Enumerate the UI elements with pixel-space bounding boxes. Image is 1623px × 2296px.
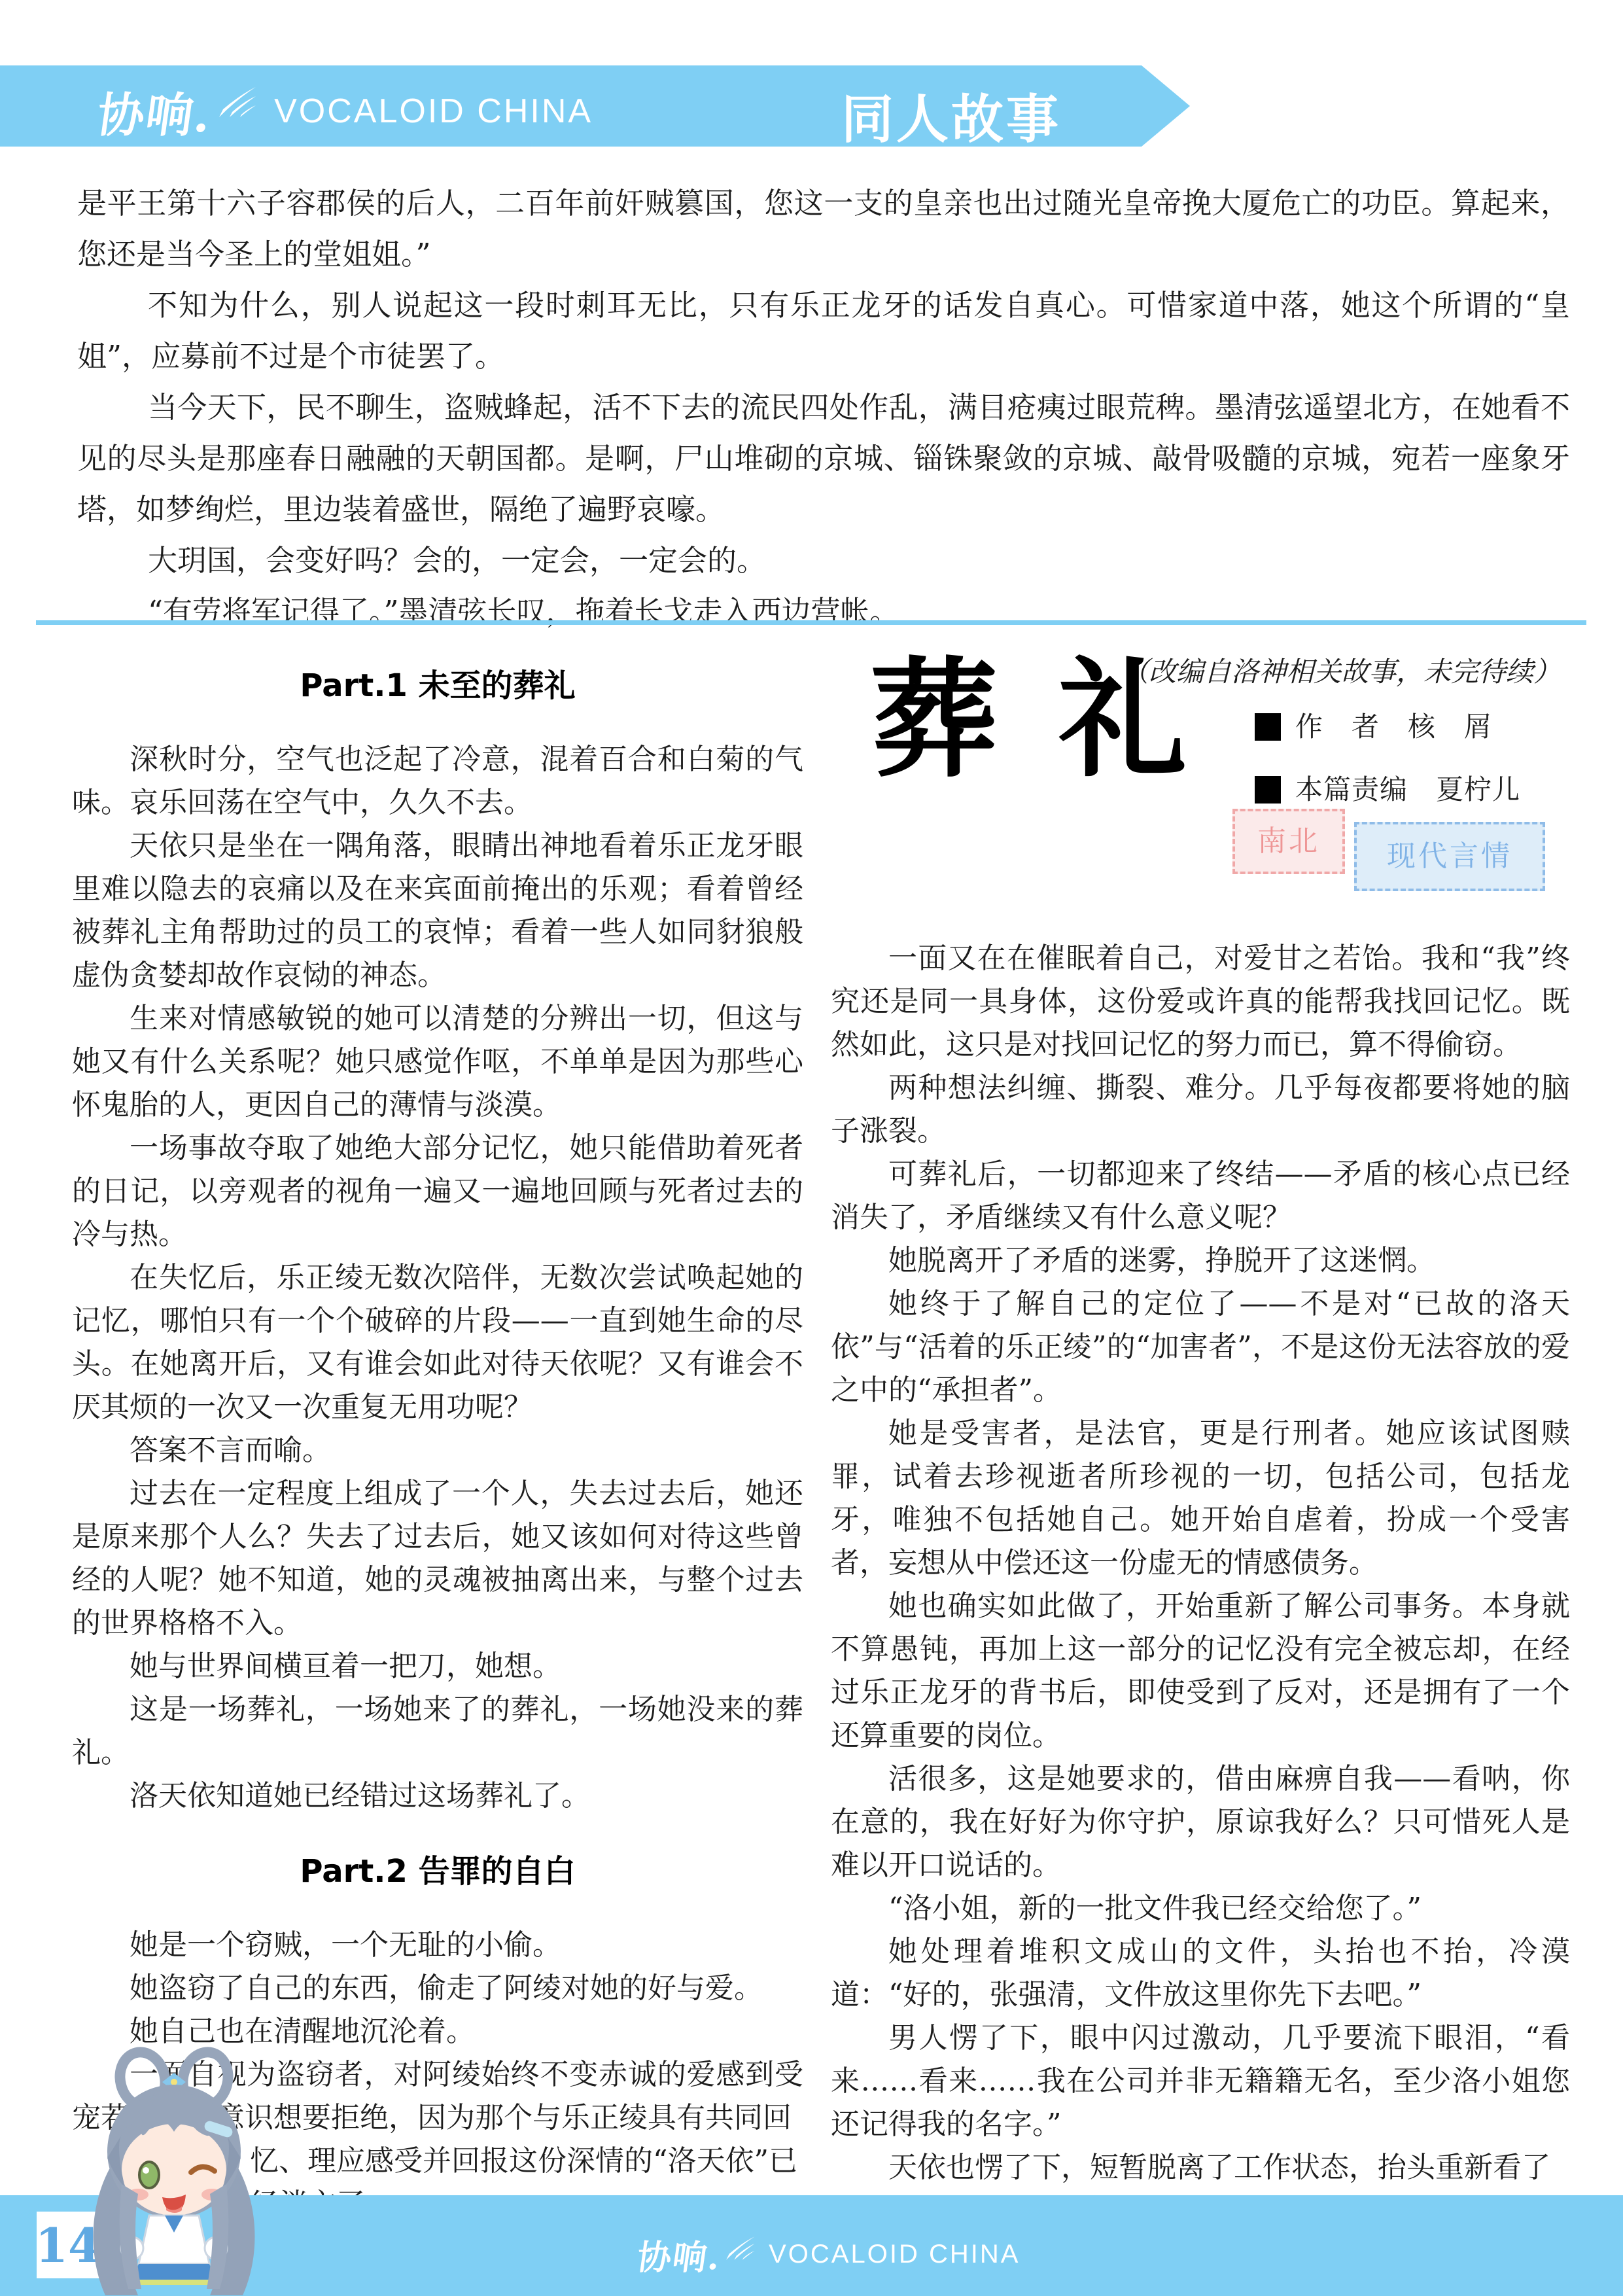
wing-icon — [217, 86, 257, 121]
brand-logo: 协响. VOCALOID CHINA — [98, 77, 593, 145]
story-paragraph: 不知为什么，别人说起这一段时刺耳无比，只有乐正龙牙的话发自真心。可惜家道中落，她… — [77, 280, 1570, 382]
brand-logo-cn: 协响. — [635, 2230, 725, 2279]
story-paragraph: 活很多，这是她要求的，借由麻痹自我——看呐，你在意的，我在好好为你守护，原谅我好… — [831, 1757, 1570, 1887]
tag-modern-romance: 现代言情 — [1354, 822, 1545, 891]
author-row: 作 者 核 屑 — [1255, 705, 1520, 749]
section-divider — [36, 620, 1586, 625]
story-paragraph: 她处理着堆积文成山的文件，头抬也不抬，冷漠道：“好的，张强清，文件放这里你先下去… — [831, 1930, 1570, 2017]
story-paragraph: 在失忆后，乐正绫无数次陪伴，无数次尝试唤起她的记忆，哪怕只有一个个破碎的片段——… — [72, 1256, 803, 1429]
footer-brand-logo: 协响. VOCALOID CHINA — [638, 2230, 1020, 2279]
story-paragraph: 当今天下，民不聊生，盗贼蜂起，活不下去的流民四处作乱，满目疮痍过眼荒稗。墨清弦遥… — [77, 382, 1570, 535]
story-title-block: 葬礼 作 者 核 屑 本篇责编 夏柠儿 南北 现代言情 — [831, 674, 1570, 937]
brand-logo-en: VOCALOID CHINA — [769, 2240, 1020, 2269]
story-paragraph: 她与世界间横亘着一把刀，她想。 — [72, 1645, 803, 1688]
right-column: 葬礼 作 者 核 屑 本篇责编 夏柠儿 南北 现代言情 一面又在在催眠着自己，对… — [831, 674, 1570, 2189]
brand-logo-cn: 协响. — [94, 77, 218, 145]
bullet-square-icon — [1255, 776, 1281, 804]
section-title: 同人故事 — [841, 77, 1061, 152]
story-paragraph: 这是一场葬礼，一场她来了的葬礼，一场她没来的葬礼。 — [72, 1688, 803, 1775]
story-paragraph: 一面又在在催眠着自己，对爱甘之若饴。我和“我”终究还是同一具身体，这份爱或许真的… — [831, 937, 1570, 1067]
story-paragraph: 洛天依知道她已经错过这场葬礼了。 — [72, 1775, 803, 1818]
story-paragraph: “有劳将军记得了。”墨清弦长叹，拖着长戈走入西边营帐。 — [77, 586, 1570, 637]
part2-heading: Part.2 告罪的自白 — [72, 1852, 803, 1891]
story-paragraph: 男人愣了下，眼中闪过激动，几乎要流下眼泪，“看来……看来……我在公司并非无籍籍无… — [831, 2017, 1570, 2146]
bullet-square-icon — [1255, 713, 1281, 741]
story-paragraph: 天依只是坐在一隅角落，眼睛出神地看着乐正龙牙眼里难以隐去的哀痛以及在来宾面前掩出… — [72, 824, 803, 997]
story-paragraph: 她终于了解自己的定位了——不是对“已故的洛天依”与“活着的乐正绫”的“加害者”，… — [831, 1282, 1570, 1412]
story-paragraph: 一场事故夺取了她绝大部分记忆，她只能借助着死者的日记，以旁观者的视角一遍又一遍地… — [72, 1127, 803, 1256]
mascot-luo-tianyi — [76, 2047, 272, 2296]
story-paragraph: 两种想法纠缠、撕裂、难分。几乎每夜都要将她的脑子涨裂。 — [831, 1067, 1570, 1153]
story-paragraph: 深秋时分，空气也泛起了冷意，混着百合和白菊的气味。哀乐回荡在空气中，久久不去。 — [72, 738, 803, 824]
story-paragraph: 她脱离开了矛盾的迷雾，挣脱开了这迷惘。 — [831, 1239, 1570, 1282]
story-title: 葬礼 — [870, 656, 1247, 784]
author-label: 作 者 核 屑 — [1295, 705, 1492, 749]
story-paragraph: 大玥国，会变好吗？会的，一定会，一定会的。 — [77, 535, 1570, 586]
magazine-page: 协响. VOCALOID CHINA 同人故事 是平王第十六子容郡侯的后人，二百… — [0, 0, 1623, 2296]
story-paragraph: 她盗窃了自己的东西，偷走了阿绫对她的好与爱。 — [72, 1967, 803, 2010]
story-paragraph: 她是一个窃贼，一个无耻的小偷。 — [72, 1924, 803, 1967]
story-paragraph: 天依也愣了下，短暂脱离了工作状态，抬头重新看了 — [831, 2146, 1570, 2189]
story-paragraph: 答案不言而喻。 — [72, 1429, 803, 1472]
story-paragraph: 她是受害者，是法官，更是行刑者。她应该试图赎罪，试着去珍视逝者所珍视的一切，包括… — [831, 1412, 1570, 1585]
story-paragraph: “洛小姐，新的一批文件我已经交给您了。” — [831, 1887, 1570, 1930]
opening-story-section: 是平王第十六子容郡侯的后人，二百年前奸贼篡国，您这一支的皇亲也出过随光皇帝挽大厦… — [77, 178, 1570, 698]
part1-heading: Part.1 未至的葬礼 — [72, 666, 803, 705]
story-paragraph: 过去在一定程度上组成了一个人，失去过去后，她还是原来那个人么？失去了过去后，她又… — [72, 1472, 803, 1645]
wing-icon — [724, 2235, 756, 2264]
left-column: Part.1 未至的葬礼 深秋时分，空气也泛起了冷意，混着百合和白菊的气味。哀乐… — [72, 666, 803, 2226]
editor-row: 本篇责编 夏柠儿 — [1255, 768, 1520, 811]
editor-label: 本篇责编 夏柠儿 — [1295, 768, 1520, 811]
story-paragraph: 生来对情感敏锐的她可以清楚的分辨出一切，但这与她又有什么关系呢？她只感觉作呕，不… — [72, 997, 803, 1127]
story-paragraph: 是平王第十六子容郡侯的后人，二百年前奸贼篡国，您这一支的皇亲也出过随光皇帝挽大厦… — [77, 178, 1570, 280]
story-paragraph: 她也确实如此做了，开始重新了解公司事务。本身就不算愚钝，再加上这一部分的记忆没有… — [831, 1585, 1570, 1757]
brand-logo-en: VOCALOID CHINA — [274, 92, 593, 131]
header-banner-arrow — [1142, 65, 1190, 147]
story-paragraph: 可葬礼后，一切都迎来了终结——矛盾的核心点已经消失了，矛盾继续又有什么意义呢？ — [831, 1153, 1570, 1239]
tag-nanbei: 南北 — [1232, 809, 1345, 874]
